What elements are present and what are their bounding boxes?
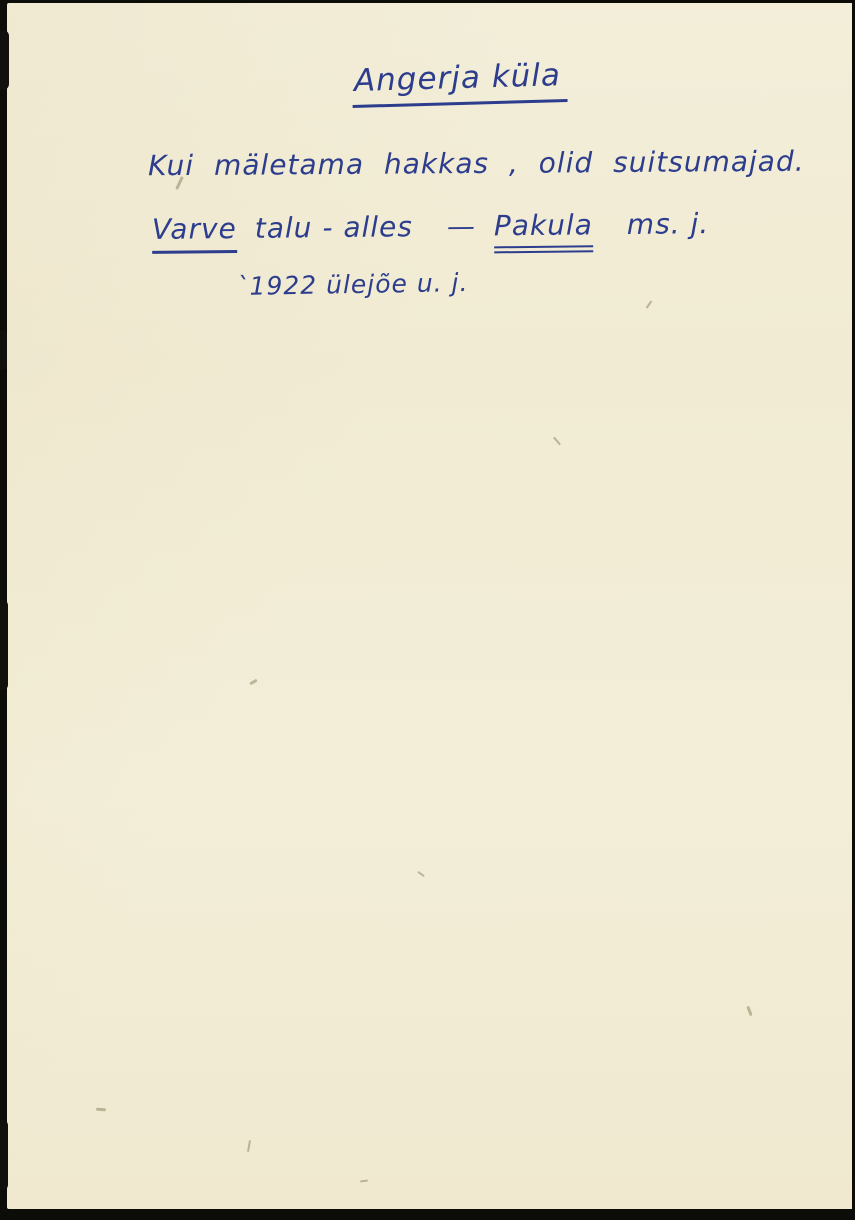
note-title: Angerja küla bbox=[351, 57, 567, 108]
handwritten-line-3: `1922 ülejõe u. j. bbox=[236, 268, 469, 301]
farm-name-underlined: Varve bbox=[152, 212, 237, 254]
line2-dash: — bbox=[447, 210, 476, 243]
paper-sheet bbox=[7, 3, 852, 1209]
line2-abbreviation: ms. j. bbox=[627, 207, 710, 241]
scan-edge-shadow bbox=[0, 600, 8, 690]
handwritten-line-2: Varvetalu - alles—Pakulams. j. bbox=[152, 207, 710, 257]
line2-middle-text: talu - alles bbox=[255, 210, 413, 245]
handwritten-line-1: Kui mäletama hakkas , olid suitsumajad. bbox=[148, 145, 805, 183]
scan-edge-shadow bbox=[0, 1120, 8, 1190]
place-name-double-underlined: Pakula bbox=[494, 208, 593, 253]
scan-edge-shadow bbox=[0, 30, 9, 90]
note-title-text: Angerja küla bbox=[351, 57, 567, 108]
scan-edge-shadow bbox=[0, 330, 7, 370]
scanned-page: Angerja küla Kui mäletama hakkas , olid … bbox=[0, 0, 855, 1220]
